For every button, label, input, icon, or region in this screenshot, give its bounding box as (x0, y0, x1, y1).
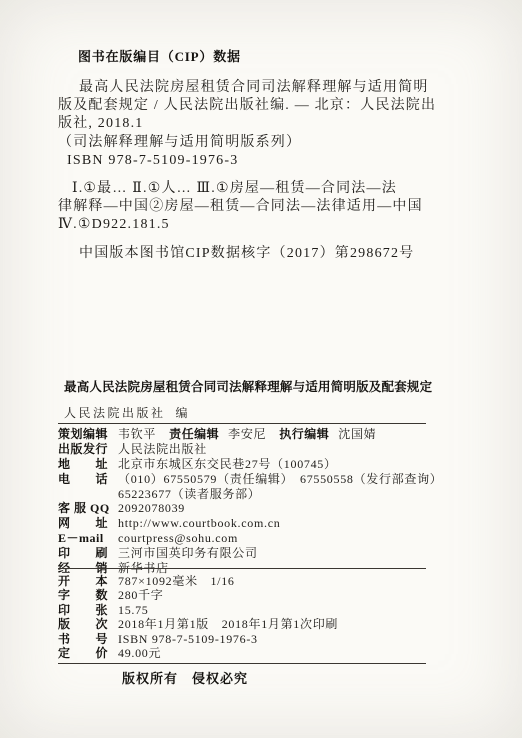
row-value: （010）67550579（责任编辑） 67550558（发行部查询） (118, 472, 443, 486)
book-copyright-page: 图书在版编目（CIP）数据 最高人民法院房屋租赁合同司法解释理解与适用简明 版及… (0, 0, 522, 738)
row-value: 2018年1月第1版 2018年1月第1次印刷 (118, 617, 338, 631)
row-label: 开 本 (58, 574, 110, 588)
editor-suffix: 编 (176, 406, 191, 420)
table-row: 电 话（010）67550579（责任编辑） 67550558（发行部查询） (58, 472, 498, 487)
row-label: 字 数 (58, 588, 110, 602)
table-row: 定 价49.00元 (58, 646, 498, 660)
row-value: 787×1092毫米 1/16 (118, 574, 235, 588)
row-label: 地 址 (58, 457, 110, 472)
row-label: 策划编辑 (58, 427, 110, 442)
table-row: 地 址北京市东城区东交民巷27号（100745） (58, 457, 498, 472)
row-label: 印 刷 (58, 546, 110, 561)
row-value: ISBN 978-7-5109-1976-3 (118, 632, 258, 646)
cip-line: 版社, 2018.1 (58, 115, 448, 133)
row-label: 责任编辑 (169, 427, 219, 441)
row-value: 北京市东城区东交民巷27号（100745） (118, 457, 337, 471)
row-value: 李安尼 (228, 427, 266, 441)
row-value: courtpress@sohu.com (118, 531, 238, 545)
table-row: 网 址http://www.courtbook.com.cn (58, 516, 498, 531)
row-label: 执行编辑 (279, 427, 329, 441)
copyright-notice: 版权所有 侵权必究 (122, 668, 248, 687)
row-value: 49.00元 (118, 646, 161, 660)
table-row: 印 张15.75 (58, 603, 498, 617)
cip-line: 最高人民法院房屋租赁合同司法解释理解与适用简明 (58, 79, 448, 97)
cip-section: 图书在版编目（CIP）数据 最高人民法院房屋租赁合同司法解释理解与适用简明 版及… (58, 46, 448, 263)
publication-info-table: 策划编辑韦钦平责任编辑李安尼执行编辑沈国婧 出版发行人民法院出版社 地 址北京市… (58, 427, 498, 576)
row-value: http://www.courtbook.com.cn (118, 516, 280, 530)
publisher-name: 人民法院出版社 (64, 406, 166, 420)
divider-rule (58, 423, 426, 424)
row-label: 客 服 QQ (58, 501, 110, 516)
cip-registration-line: 中国版本图书馆CIP数据核字（2017）第298672号 (58, 245, 448, 263)
cip-classification-line: Ⅳ.①D922.181.5 (58, 216, 448, 234)
row-value: 2092078039 (118, 501, 185, 515)
table-row-continuation: 65223677（读者服务部） (58, 487, 498, 502)
table-row: 字 数280千字 (58, 588, 498, 602)
row-value: 15.75 (118, 603, 149, 617)
editor-line: 人民法院出版社编 (64, 404, 432, 421)
row-label: 定 价 (58, 646, 110, 660)
book-title: 最高人民法院房屋租赁合同司法解释理解与适用简明版及配套规定 (64, 377, 432, 395)
cip-classification-line: 律解释—中国②房屋—租赁—合同法—法律适用—中国 (58, 198, 448, 216)
table-row: 出版发行人民法院出版社 (58, 442, 498, 457)
row-label: E－mail (58, 531, 110, 546)
cip-line: 版及配套规定 / 人民法院出版社编. — 北京：人民法院出 (58, 97, 448, 115)
row-value: 65223677（读者服务部） (118, 487, 261, 501)
row-value: 三河市国英印务有限公司 (118, 546, 258, 560)
row-label: 版 次 (58, 617, 110, 631)
table-row: E－mailcourtpress@sohu.com (58, 531, 498, 546)
row-value: 人民法院出版社 (118, 442, 207, 456)
row-label: 出版发行 (58, 442, 110, 457)
specification-table: 开 本787×1092毫米 1/16 字 数280千字 印 张15.75 版 次… (58, 574, 498, 660)
cip-line: （司法解释理解与适用简明版系列） (58, 134, 448, 152)
table-row: 版 次2018年1月第1版 2018年1月第1次印刷 (58, 617, 498, 631)
editors-row: 策划编辑韦钦平责任编辑李安尼执行编辑沈国婧 (58, 427, 498, 442)
row-label: 电 话 (58, 472, 110, 487)
row-label: 网 址 (58, 516, 110, 531)
cip-header: 图书在版编目（CIP）数据 (58, 46, 448, 65)
title-block: 最高人民法院房屋租赁合同司法解释理解与适用简明版及配套规定 人民法院出版社编 (64, 377, 432, 421)
row-label: 书 号 (58, 632, 110, 646)
row-label: 印 张 (58, 603, 110, 617)
divider-rule (58, 568, 426, 569)
row-value: 沈国婧 (338, 427, 376, 441)
row-value: 280千字 (118, 588, 164, 602)
row-value: 韦钦平 (118, 427, 156, 441)
table-row: 印 刷三河市国英印务有限公司 (58, 546, 498, 561)
table-row: 书 号ISBN 978-7-5109-1976-3 (58, 632, 498, 646)
cip-isbn-line: ISBN 978-7-5109-1976-3 (58, 152, 448, 170)
table-row: 客 服 QQ2092078039 (58, 501, 498, 516)
divider-rule (58, 663, 426, 664)
cip-classification-line: Ⅰ.①最… Ⅱ.①人… Ⅲ.①房屋—租赁—合同法—法 (58, 180, 448, 198)
table-row: 开 本787×1092毫米 1/16 (58, 574, 498, 588)
